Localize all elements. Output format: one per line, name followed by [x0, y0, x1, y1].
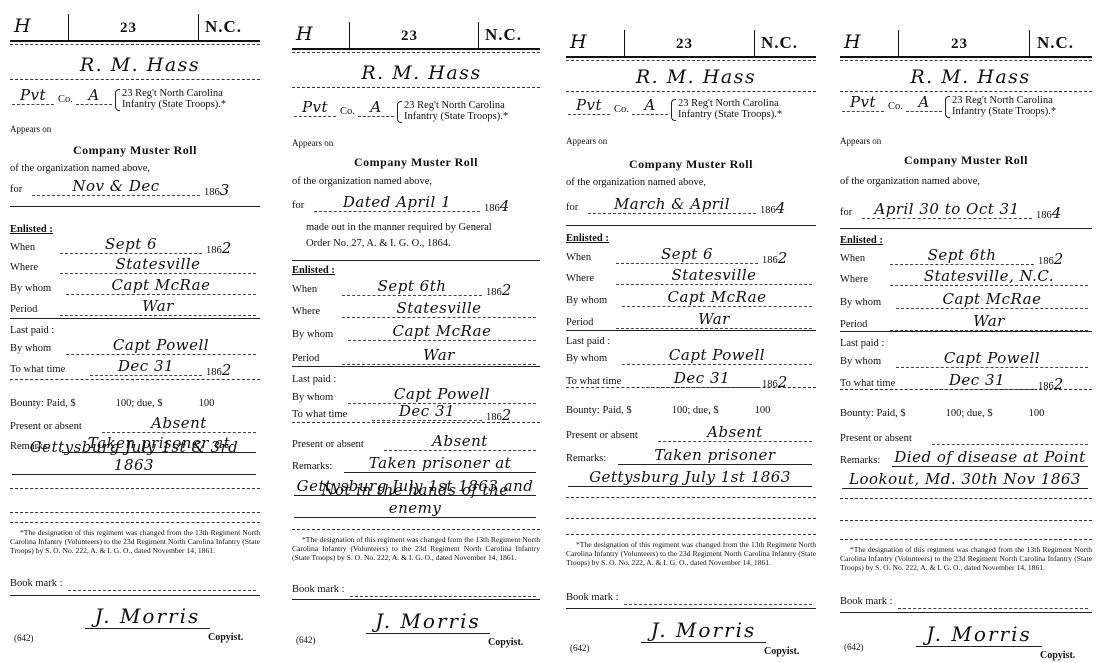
- enlisted-by: Capt McRae: [66, 276, 256, 294]
- book-mark-row: Book mark :: [566, 592, 619, 604]
- last-paid-heading: Last paid :: [10, 325, 54, 337]
- remarks-line-1-field: Died of disease at Point: [892, 452, 1088, 467]
- regiment-footnote: *The designation of this regiment was ch…: [10, 528, 260, 555]
- last-paid-by: Capt Powell: [896, 349, 1088, 367]
- remarks-line-1-field: Taken prisoner at: [344, 458, 536, 473]
- divider: [10, 522, 260, 523]
- divider: [840, 389, 1092, 390]
- rank: Pvt: [294, 98, 336, 116]
- divider: [292, 260, 540, 261]
- period: War: [890, 312, 1088, 330]
- last-paid-year: 1862: [206, 364, 232, 379]
- for-label: for: [566, 202, 578, 213]
- last-paid-to: Dec 31: [90, 357, 202, 375]
- bounty-row: Bounty: Paid, $100; due, $100: [840, 408, 1044, 420]
- enlisted-when-field: Sept 6: [60, 239, 202, 254]
- org-line: of the organization named above,: [566, 177, 706, 189]
- regiment-line-2: Infantry (State Troops).*: [404, 111, 508, 122]
- last-paid-year-digit: 2: [778, 373, 788, 391]
- book-mark-field: [898, 594, 1088, 609]
- enlisted-where-field: Statesville, N.C.: [890, 271, 1088, 286]
- last-paid-to-field: Dec 31: [646, 373, 758, 388]
- form-number: (642): [844, 642, 864, 652]
- period-row: Period: [10, 304, 37, 316]
- remarks-line-1: Taken prisoner at: [344, 454, 536, 472]
- book-mark-row: Book mark :: [10, 578, 63, 590]
- divider: [10, 318, 260, 319]
- regiment-block: 23 Reg't North CarolinaInfantry (State T…: [122, 88, 226, 110]
- company-field: A: [76, 90, 112, 105]
- last-paid-by-field: Capt Powell: [66, 340, 256, 355]
- book-mark-label: Book mark :: [840, 596, 893, 607]
- last-paid-by-row: By whom: [566, 353, 607, 365]
- last-paid-by-row: By whom: [10, 343, 51, 355]
- remarks-row: Remarks:: [840, 455, 880, 467]
- divider: [292, 87, 540, 88]
- rank: Pvt: [12, 86, 54, 104]
- period: War: [616, 310, 812, 328]
- remarks-line-2: Lookout, Md. 30th Nov 1863: [842, 470, 1088, 488]
- roll-period: Dated April 1: [314, 193, 480, 211]
- bounty-row: Bounty: Paid, $100; due, $100: [10, 398, 214, 410]
- last-paid-year: 1862: [1038, 378, 1064, 393]
- unit-number: 23: [120, 20, 137, 37]
- last-paid-heading: Last paid :: [840, 338, 884, 350]
- last-paid-heading: Last paid :: [292, 374, 336, 386]
- by-whom-row: By whom: [566, 295, 607, 307]
- when-label: When: [292, 284, 317, 295]
- where-label: Where: [840, 274, 868, 285]
- for-label: for: [292, 200, 304, 211]
- state-abbrev: N.C.: [205, 17, 242, 37]
- appears-on-label: Appears on: [10, 124, 51, 134]
- remarks-label: Remarks:: [566, 453, 606, 464]
- enlisted-when: Sept 6: [60, 235, 202, 253]
- card-header: H23N.C.: [840, 30, 1092, 58]
- regiment-line-1: 23 Reg't North Carolina: [404, 100, 505, 111]
- roll-year: 4: [776, 199, 786, 217]
- enlisted-where: Statesville: [342, 299, 536, 317]
- last-paid-year-prefix: 186: [206, 367, 222, 378]
- remarks-label: Remarks:: [840, 455, 880, 466]
- divider: [10, 512, 260, 513]
- last-paid-label: Last paid :: [840, 338, 884, 349]
- last-paid-to-field: Dec 31: [90, 361, 202, 376]
- last-paid-by: Capt Powell: [622, 346, 812, 364]
- divider: [840, 228, 1092, 229]
- last-paid-by-field: Capt Powell: [622, 350, 812, 365]
- rank-field: Pvt: [294, 102, 336, 117]
- form-number-row: (642): [14, 632, 34, 644]
- service-card-4: H23N.C.R. M. HassPvtCo.A23 Reg't North C…: [840, 0, 1092, 663]
- where-row: Where: [566, 273, 594, 285]
- enlisted-when: Sept 6th: [890, 246, 1034, 264]
- divider: [566, 387, 816, 388]
- divider: [566, 225, 816, 226]
- divider: [840, 331, 1092, 332]
- company: A: [632, 96, 668, 114]
- to-what-time-row: To what time: [292, 409, 347, 421]
- book-mark-label: Book mark :: [292, 584, 345, 595]
- enlisted-by: Capt McRae: [348, 322, 536, 340]
- when-label: When: [566, 252, 591, 263]
- last-paid-by-row: By whom: [292, 392, 333, 404]
- divider: [10, 488, 260, 489]
- period-label: Period: [840, 319, 867, 330]
- copyist-signature-field: J. Morris: [366, 611, 490, 634]
- where-label: Where: [10, 262, 38, 273]
- period-field: War: [890, 316, 1088, 331]
- file-code: H: [14, 15, 32, 37]
- company-label-row: Co.: [58, 94, 73, 106]
- divider: [292, 599, 540, 600]
- copyist-signature-field: J. Morris: [916, 624, 1042, 647]
- unit-number: 23: [401, 28, 418, 45]
- soldier-name-field: R. M. Hass: [347, 70, 496, 84]
- last-paid-year-digit: 2: [222, 361, 232, 379]
- last-paid-by-row: By whom: [840, 356, 881, 368]
- divider: [840, 520, 1092, 521]
- roll-period-field: April 30 to Oct 31: [862, 204, 1032, 219]
- file-code: H: [296, 23, 314, 45]
- appears-on-label: Appears on: [292, 138, 333, 148]
- org-line: of the organization named above,: [840, 176, 980, 188]
- company: A: [906, 93, 942, 111]
- regiment-block: 23 Reg't North CarolinaInfantry (State T…: [404, 100, 508, 122]
- rank-field: Pvt: [568, 100, 610, 115]
- last-paid-by-label: By whom: [566, 353, 607, 364]
- by-whom-row: By whom: [840, 297, 881, 309]
- form-number-row: (642): [570, 642, 590, 654]
- last-paid-to: Dec 31: [372, 402, 482, 420]
- period-row: Period: [566, 317, 593, 329]
- enlisted-label: Enlisted :: [566, 233, 609, 244]
- org-label: of the organization named above,: [292, 176, 432, 187]
- rank: Pvt: [842, 93, 884, 111]
- last-paid-year-digit: 2: [1054, 375, 1064, 393]
- where-row: Where: [292, 306, 320, 318]
- enlisted-when: Sept 6th: [342, 277, 482, 295]
- where-label: Where: [566, 273, 594, 284]
- order-line-1: made out in the manner required by Gener…: [306, 222, 492, 234]
- copyist-signature-field: J. Morris: [85, 606, 210, 629]
- present-absent-row: Present or absent: [566, 430, 638, 442]
- enlisted-where-field: Statesville: [342, 303, 536, 318]
- divider: [292, 529, 540, 530]
- form-number: (642): [570, 643, 590, 653]
- book-mark-label: Book mark :: [10, 578, 63, 589]
- period-row: Period: [292, 353, 319, 365]
- remarks-line-2: Gettysburg July 1st & 3rd 1863: [12, 438, 256, 474]
- company-label: Co.: [614, 104, 629, 115]
- regiment-footnote: *The designation of this regiment was ch…: [840, 545, 1092, 572]
- period-label: Period: [10, 304, 37, 315]
- copyist-signature: J. Morris: [85, 604, 210, 628]
- roll-period-row: for: [292, 200, 304, 212]
- when-label: When: [840, 253, 865, 264]
- divider: [566, 518, 816, 519]
- copyist-label: Copyist.: [488, 637, 523, 648]
- present-absent: Absent: [658, 423, 812, 441]
- appears-on: Appears on: [566, 135, 607, 147]
- order-line-2: Order No. 27, A. & I. G. O., 1864.: [306, 238, 451, 250]
- enlisted-year: 1862: [762, 252, 788, 267]
- enlisted-where-field: Statesville: [60, 259, 256, 274]
- present-absent-row: Present or absent: [840, 433, 912, 445]
- company-field: A: [906, 97, 942, 112]
- copyist-label: Copyist.: [764, 646, 799, 657]
- roll-year: 4: [1052, 204, 1062, 222]
- by-whom-row: By whom: [10, 283, 51, 295]
- divider: [292, 422, 540, 423]
- last-paid-by-field: Capt Powell: [896, 353, 1088, 368]
- enlisted-heading: Enlisted :: [292, 265, 335, 277]
- regiment-block: 23 Reg't North CarolinaInfantry (State T…: [678, 98, 782, 120]
- for-label: for: [10, 184, 22, 195]
- roll-period-field: March & April: [588, 199, 756, 214]
- form-number-row: (642): [296, 634, 316, 646]
- card-header: H23N.C.: [566, 30, 816, 58]
- period-field: War: [616, 314, 812, 329]
- appears-on: Appears on: [292, 137, 333, 149]
- roll-year: 1863: [204, 184, 230, 199]
- soldier-name: R. M. Hass: [347, 62, 496, 84]
- book-mark-field: [68, 576, 256, 591]
- last-paid-to-field: Dec 31: [372, 406, 482, 421]
- enlisted-heading: Enlisted :: [10, 224, 53, 236]
- enlisted-where: Statesville: [60, 255, 256, 273]
- period-label: Period: [292, 353, 319, 364]
- remarks-line-2: Gettysburg July 1st 1863: [568, 468, 812, 486]
- when-row: When: [292, 284, 317, 296]
- soldier-name: R. M. Hass: [895, 66, 1046, 88]
- divider: [566, 91, 816, 92]
- copyist-label: Copyist.: [208, 632, 243, 643]
- bounty-paid-value: 100: [946, 408, 962, 419]
- enlisted-year: 1862: [1038, 253, 1064, 268]
- to-what-time-label: To what time: [566, 376, 621, 387]
- enlisted-by-field: Capt McRae: [622, 292, 812, 307]
- form-number: (642): [14, 633, 34, 643]
- roll-year: 3: [220, 181, 230, 199]
- divider: [10, 206, 260, 207]
- bounty-row: Bounty: Paid, $100; due, $100: [566, 405, 770, 417]
- soldier-name-field: R. M. Hass: [65, 62, 215, 76]
- copyist-signature-field: J. Morris: [641, 620, 766, 643]
- service-card-3: H23N.C.R. M. HassPvtCo.A23 Reg't North C…: [566, 0, 816, 663]
- book-mark-field: [624, 590, 812, 605]
- present-absent-field: Absent: [658, 427, 812, 442]
- regiment-line-1: 23 Reg't North Carolina: [678, 98, 779, 109]
- org-label: of the organization named above,: [566, 177, 706, 188]
- roll-year: 1864: [1036, 207, 1062, 222]
- regiment-footnote: *The designation of this regiment was ch…: [566, 540, 816, 567]
- last-paid-year-prefix: 186: [762, 379, 778, 390]
- state-abbrev: N.C.: [485, 25, 522, 45]
- copyist-signature: J. Morris: [916, 622, 1042, 646]
- enlisted-where: Statesville, N.C.: [890, 267, 1088, 285]
- by-whom-row: By whom: [292, 329, 333, 341]
- enlisted-year-prefix: 186: [762, 255, 778, 266]
- divider: [840, 612, 1092, 613]
- enlisted-label: Enlisted :: [840, 235, 883, 246]
- enlisted-label: Enlisted :: [292, 265, 335, 276]
- bounty-due-value: 100: [199, 398, 215, 409]
- enlisted-by: Capt McRae: [622, 288, 812, 306]
- org-label: of the organization named above,: [10, 163, 150, 174]
- last-paid-to: Dec 31: [646, 369, 758, 387]
- rank-field: Pvt: [12, 90, 54, 105]
- by-whom-label: By whom: [10, 283, 51, 294]
- where-label: Where: [292, 306, 320, 317]
- present-absent-label: Present or absent: [10, 421, 82, 432]
- rank: Pvt: [568, 96, 610, 114]
- divider: [840, 91, 1092, 92]
- enlisted-where-field: Statesville: [616, 270, 812, 285]
- divider: [566, 534, 816, 535]
- copyist-label-row: Copyist.: [1040, 650, 1075, 662]
- bounty-paid-label: Bounty: Paid, $: [10, 398, 76, 409]
- enlisted-where: Statesville: [616, 266, 812, 284]
- regiment-block: 23 Reg't North CarolinaInfantry (State T…: [952, 95, 1056, 117]
- period: War: [60, 297, 256, 315]
- remarks-line-2-field: Gettysburg July 1st 1863: [568, 472, 812, 487]
- roll-type: Company Muster Roll: [10, 143, 260, 158]
- present-absent-label: Present or absent: [840, 433, 912, 444]
- enlisted-year: 1862: [486, 284, 512, 299]
- present-absent-label: Present or absent: [292, 439, 364, 450]
- enlisted-by-field: Capt McRae: [348, 326, 536, 341]
- roll-year-prefix: 186: [760, 205, 776, 216]
- copyist-label-row: Copyist.: [488, 637, 523, 649]
- copyist-signature: J. Morris: [366, 609, 490, 633]
- enlisted-by-field: Capt McRae: [66, 280, 256, 295]
- roll-type: Company Muster Roll: [840, 153, 1092, 168]
- company-field: A: [358, 102, 394, 117]
- bounty-due-label: ; due, $: [961, 408, 992, 419]
- state-abbrev: N.C.: [761, 33, 798, 53]
- bounty-due-label: ; due, $: [131, 398, 162, 409]
- soldier-name-field: R. M. Hass: [621, 74, 771, 88]
- roll-period: April 30 to Oct 31: [862, 200, 1032, 218]
- when-row: When: [10, 242, 35, 254]
- regiment-line-1: 23 Reg't North Carolina: [952, 95, 1053, 106]
- copyist-label-row: Copyist.: [764, 646, 799, 658]
- roll-period-field: Nov & Dec: [32, 181, 200, 196]
- roll-year: 4: [500, 197, 510, 215]
- company-label-row: Co.: [614, 104, 629, 116]
- book-mark-field: [350, 582, 536, 597]
- bounty-paid-value: 100: [672, 405, 688, 416]
- roll-type: Company Muster Roll: [566, 157, 816, 172]
- remarks-line-2-field: Gettysburg July 1st & 3rd 1863: [12, 460, 256, 475]
- regiment-line-2: Infantry (State Troops).*: [678, 109, 782, 120]
- where-row: Where: [840, 274, 868, 286]
- bounty-due-label: ; due, $: [687, 405, 718, 416]
- enlisted-heading: Enlisted :: [566, 233, 609, 245]
- soldier-name-field: R. M. Hass: [895, 74, 1046, 88]
- org-line: of the organization named above,: [10, 163, 150, 175]
- service-card-2: H23N.C.R. M. HassPvtCo.A23 Reg't North C…: [292, 0, 540, 663]
- appears-on-label: Appears on: [566, 136, 607, 146]
- enlisted-year-digit: 2: [1054, 250, 1064, 268]
- roll-period-row: for: [566, 202, 578, 214]
- divider: [566, 330, 816, 331]
- roll-period-row: for: [10, 184, 22, 196]
- roll-type: Company Muster Roll: [292, 155, 540, 170]
- copyist-label: Copyist.: [1040, 650, 1075, 661]
- company-label-row: Co.: [340, 106, 355, 118]
- copyist-signature: J. Morris: [641, 618, 766, 642]
- enlisted-when-field: Sept 6th: [342, 281, 482, 296]
- roll-year-prefix: 186: [1036, 210, 1052, 221]
- to-what-time-row: To what time: [10, 364, 65, 376]
- divider: [10, 595, 260, 596]
- last-paid-year-prefix: 186: [1038, 381, 1054, 392]
- last-paid-heading: Last paid :: [566, 336, 610, 348]
- divider: [566, 497, 816, 498]
- book-mark-row: Book mark :: [292, 584, 345, 596]
- enlisted-by-field: Capt McRae: [896, 294, 1088, 309]
- roll-year-prefix: 186: [204, 187, 220, 198]
- form-number: (642): [296, 635, 316, 645]
- enlisted-when-field: Sept 6th: [890, 250, 1034, 265]
- company-label: Co.: [888, 101, 903, 112]
- enlisted-label: Enlisted :: [10, 224, 53, 235]
- unit-number: 23: [951, 36, 968, 53]
- last-paid-to: Dec 31: [920, 371, 1034, 389]
- by-whom-label: By whom: [292, 329, 333, 340]
- roll-year: 1864: [484, 200, 510, 215]
- regiment-line-2: Infantry (State Troops).*: [952, 106, 1056, 117]
- where-row: Where: [10, 262, 38, 274]
- appears-on: Appears on: [840, 135, 881, 147]
- divider: [10, 79, 260, 80]
- period-row: Period: [840, 319, 867, 331]
- roll-year: 1864: [760, 202, 786, 217]
- remarks-line-3: Not in the hands of the enemy: [294, 481, 536, 517]
- rank-field: Pvt: [842, 97, 884, 112]
- roll-period: Nov & Dec: [32, 177, 200, 195]
- present-absent: Absent: [384, 432, 536, 450]
- last-paid-to-field: Dec 31: [920, 375, 1034, 390]
- remarks-line-2-field: Lookout, Md. 30th Nov 1863: [842, 474, 1088, 489]
- company-label: Co.: [58, 94, 73, 105]
- unit-number: 23: [676, 36, 693, 53]
- last-paid-label: Last paid :: [292, 374, 336, 385]
- company-field: A: [632, 100, 668, 115]
- regiment-line-1: 23 Reg't North Carolina: [122, 88, 223, 99]
- remarks-row: Remarks:: [566, 453, 606, 465]
- remarks-line-1: Taken prisoner: [618, 446, 812, 464]
- file-code: H: [570, 31, 588, 53]
- present-absent-row: Present or absent: [10, 421, 82, 433]
- present-absent-field: Absent: [384, 436, 536, 451]
- last-paid-by-label: By whom: [10, 343, 51, 354]
- enlisted-heading: Enlisted :: [840, 235, 883, 247]
- roll-period-field: Dated April 1: [314, 197, 480, 212]
- last-paid-label: Last paid :: [566, 336, 610, 347]
- divider: [840, 539, 1092, 540]
- remarks-row: Remarks:: [292, 461, 332, 473]
- when-row: When: [840, 253, 865, 265]
- period-field: War: [60, 301, 256, 316]
- enlisted-when: Sept 6: [616, 245, 758, 263]
- soldier-name: R. M. Hass: [621, 66, 771, 88]
- order-text-2: Order No. 27, A. & I. G. O., 1864.: [306, 238, 451, 249]
- when-label: When: [10, 242, 35, 253]
- form-number-row: (642): [844, 641, 864, 653]
